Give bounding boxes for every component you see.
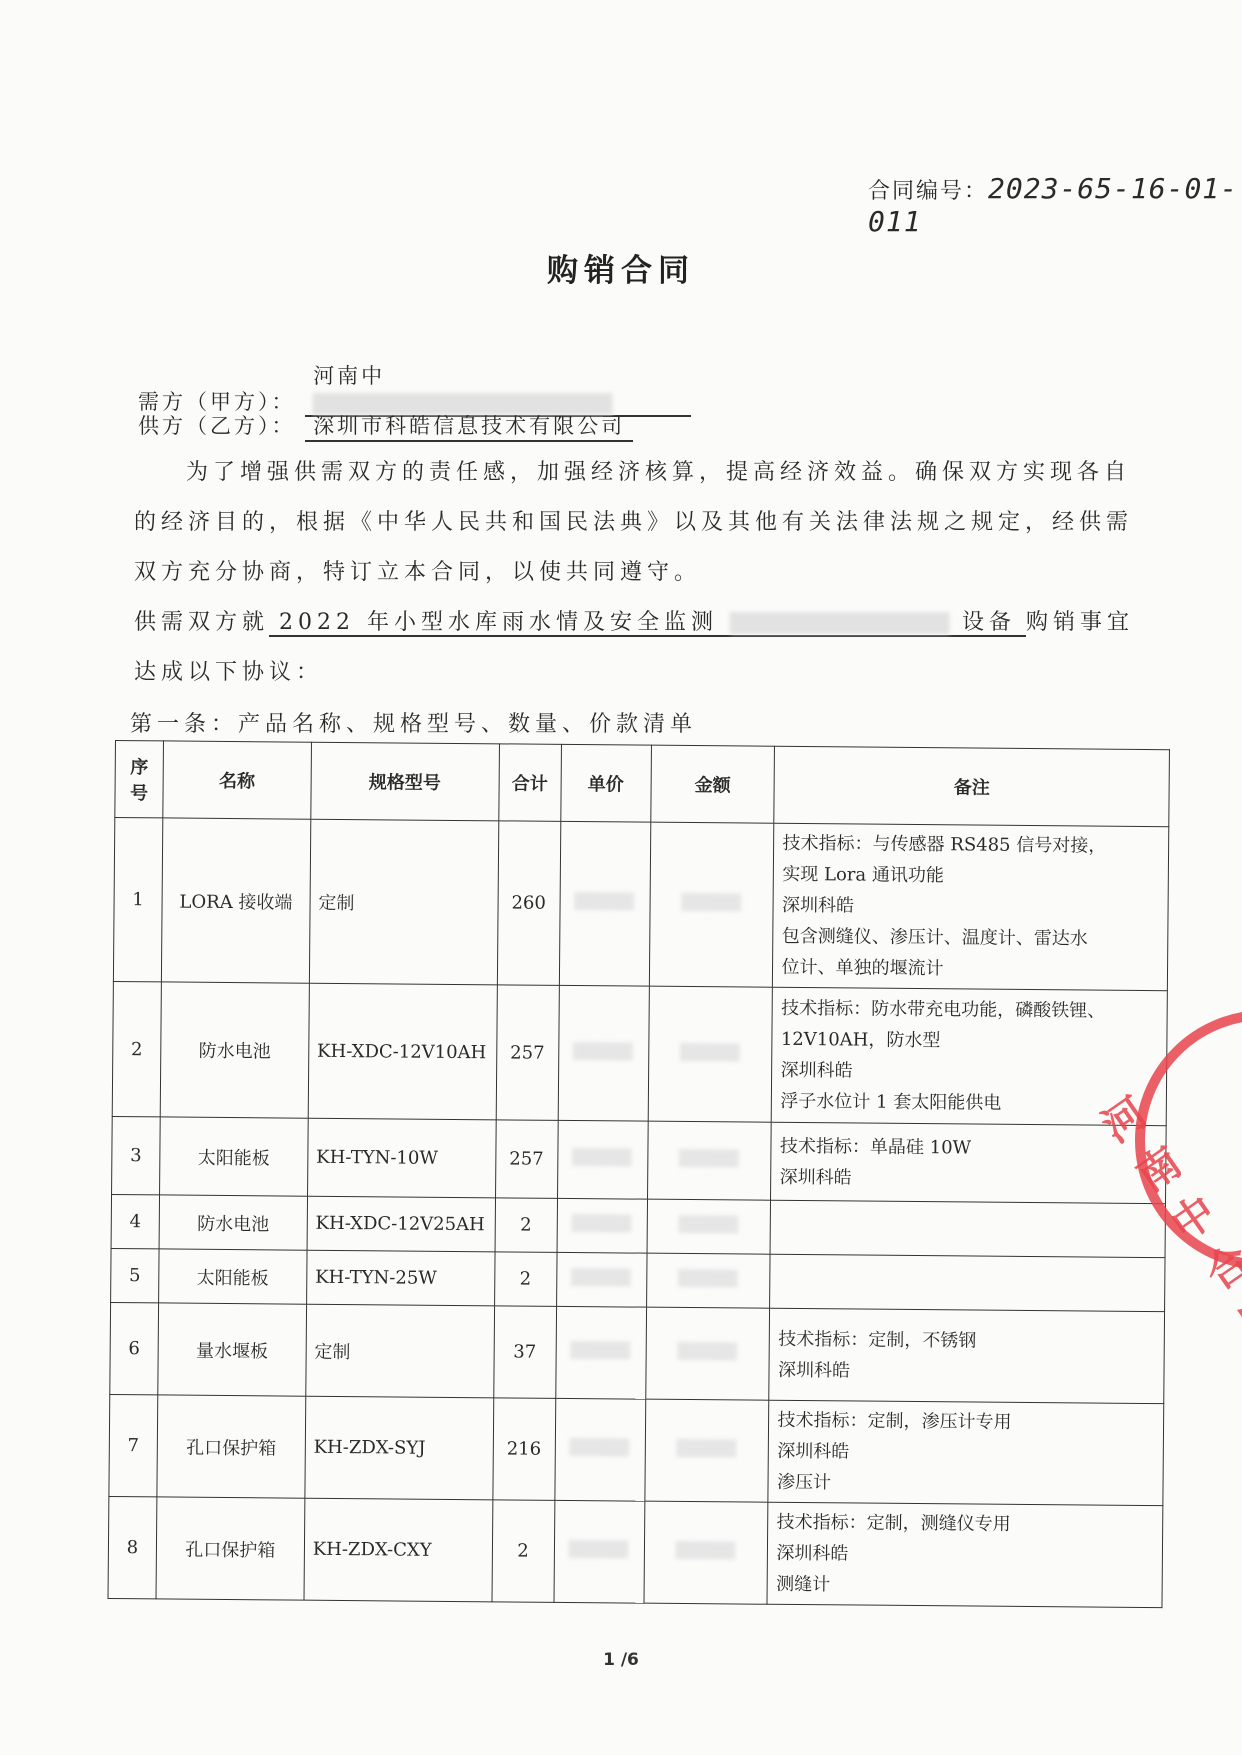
cell-qty: 2	[494, 1252, 556, 1307]
remark-line: 12V10AH，防水型	[781, 1024, 1159, 1058]
cell-remark: 技术指标：与传感器 RS485 信号对接， 实现 Lora 通讯功能 深圳科皓 …	[773, 823, 1169, 990]
cell-name: 太阳能板	[160, 1117, 309, 1196]
cell-name: 防水电池	[160, 982, 309, 1118]
cell-qty: 257	[496, 985, 559, 1121]
remark-line: 实现 Lora 通讯功能	[782, 859, 1160, 893]
table-row: 1 LORA 接收端 定制 260 技术指标：与传感器 RS485 信号对接， …	[113, 818, 1168, 991]
cell-name: 量水堰板	[158, 1303, 307, 1396]
remark-line: 深圳科皓	[782, 890, 1160, 924]
cell-spec: KH-TYN-10W	[307, 1118, 496, 1198]
contract-number-label: 合同编号：	[868, 179, 988, 204]
cell-spec: KH-XDC-12V25AH	[307, 1196, 495, 1252]
table-row: 4 防水电池 KH-XDC-12V25AH 2	[111, 1194, 1165, 1257]
table-row: 2 防水电池 KH-XDC-12V10AH 257 技术指标：防水带充电功能，磷…	[112, 981, 1167, 1125]
cell-spec: KH-TYN-25W	[306, 1250, 494, 1306]
col-header-unit-price: 单价	[560, 744, 651, 822]
col-header-no: 序号	[115, 741, 164, 818]
col-header-remark: 备注	[774, 746, 1169, 826]
remark-line: 技术指标：定制，测缝仪专用	[777, 1507, 1155, 1541]
cell-unit-price-redacted	[554, 1398, 645, 1501]
cell-amount-redacted	[647, 1199, 771, 1254]
remark-line: 技术指标：与传感器 RS485 信号对接，	[782, 828, 1160, 862]
cell-no: 7	[109, 1394, 158, 1496]
subject-suffix: 设备	[962, 610, 1016, 635]
page-title: 购销合同	[0, 245, 1242, 290]
remark-line: 测缝计	[776, 1569, 1154, 1603]
cell-unit-price-redacted	[558, 985, 649, 1121]
col-header-qty: 合计	[498, 744, 561, 822]
cell-no: 5	[111, 1248, 159, 1302]
cell-qty: 257	[495, 1120, 558, 1199]
remark-line: 包含测缝仪、渗压计、温度计、雷达水	[782, 921, 1160, 955]
buyer-line: 需方（甲方）： 河南中	[138, 360, 691, 417]
buyer-value: 河南中	[313, 364, 385, 388]
cell-no: 8	[108, 1496, 157, 1598]
cell-qty: 2	[495, 1198, 557, 1253]
col-header-spec: 规格型号	[311, 742, 499, 821]
redacted-block	[730, 612, 950, 634]
remark-line: 深圳科皓	[780, 1161, 1158, 1195]
cell-unit-price-redacted	[554, 1500, 645, 1603]
table-row: 5 太阳能板 KH-TYN-25W 2	[111, 1248, 1165, 1311]
cell-qty: 37	[493, 1306, 556, 1399]
remark-line: 位计、单独的堰流计	[781, 952, 1159, 986]
cell-spec: 定制	[309, 819, 498, 985]
subject-paragraph: 供需双方就2022 年小型水库雨水情及安全监测 设备购销事宜达成以下协议：	[134, 598, 1144, 698]
cell-no: 3	[112, 1116, 161, 1194]
cell-qty: 216	[493, 1398, 556, 1501]
contract-number: 合同编号：2023-65-16-01-011	[868, 172, 1242, 238]
cell-unit-price-redacted	[557, 1198, 647, 1253]
cell-name: 孔口保护箱	[156, 1497, 305, 1600]
cell-spec: KH-ZDX-SYJ	[305, 1396, 494, 1500]
cell-remark	[770, 1254, 1165, 1311]
remark-line: 深圳科皓	[776, 1538, 1154, 1572]
cell-spec: KH-XDC-12V10AH	[308, 983, 497, 1120]
table-row: 7 孔口保护箱 KH-ZDX-SYJ 216 技术指标：定制，渗压计专用 深圳科…	[109, 1394, 1164, 1505]
cell-qty: 260	[497, 821, 560, 986]
cell-remark: 技术指标：定制，不锈钢 深圳科皓	[769, 1308, 1164, 1403]
buyer-value-field: 河南中	[305, 360, 691, 417]
cell-no: 1	[113, 818, 162, 982]
subject-field: 2022 年小型水库雨水情及安全监测 设备	[269, 610, 1026, 637]
cell-name: 防水电池	[159, 1195, 307, 1250]
table-row: 3 太阳能板 KH-TYN-10W 257 技术指标：单晶硅 10W 深圳科皓	[112, 1116, 1167, 1203]
cell-unit-price-redacted	[557, 1120, 648, 1199]
subject-prefix: 供需双方就	[134, 610, 269, 635]
cell-amount-redacted	[644, 1399, 769, 1502]
cell-amount-redacted	[648, 986, 773, 1122]
cell-unit-price-redacted	[555, 1306, 646, 1399]
cell-spec: 定制	[306, 1304, 495, 1398]
cell-amount-redacted	[647, 1121, 772, 1200]
cell-name: 孔口保护箱	[157, 1395, 306, 1498]
remark-line: 技术指标：单晶硅 10W	[780, 1130, 1158, 1164]
product-table: 序号 名称 规格型号 合计 单价 金额 备注 1 LORA 接收端 定制 260…	[108, 740, 1170, 1608]
cell-remark	[771, 1200, 1166, 1257]
col-header-amount: 金额	[650, 745, 775, 823]
cell-spec: KH-ZDX-CXY	[304, 1498, 493, 1602]
cell-amount-redacted	[646, 1253, 770, 1308]
cell-name: 太阳能板	[159, 1249, 307, 1304]
remark-line: 深圳科皓	[780, 1055, 1158, 1089]
cell-unit-price-redacted	[559, 821, 650, 986]
cell-no: 2	[112, 981, 161, 1116]
cell-amount-redacted	[644, 1501, 769, 1604]
cell-amount-redacted	[645, 1307, 770, 1400]
supplier-line: 供方（乙方）： 深圳市科皓信息技术有限公司	[138, 410, 633, 442]
remark-line: 技术指标：防水带充电功能，磷酸铁锂、	[781, 993, 1159, 1027]
remark-line: 深圳科皓	[778, 1354, 1156, 1388]
intro-paragraph: 为了增强供需双方的责任感，加强经济核算，提高经济效益。确保双方实现各自的经济目的…	[134, 448, 1144, 598]
page-number: 1 /6	[0, 1650, 1242, 1670]
remark-line: 深圳科皓	[777, 1436, 1155, 1470]
subject-value: 2022 年小型水库雨水情及安全监测	[279, 610, 718, 635]
supplier-label: 供方（乙方）：	[138, 414, 296, 438]
cell-remark: 技术指标：定制，测缝仪专用 深圳科皓 测缝计	[767, 1502, 1162, 1607]
cell-qty: 2	[492, 1500, 555, 1603]
remark-line: 技术指标：定制，渗压计专用	[777, 1405, 1155, 1439]
cell-remark: 技术指标：定制，渗压计专用 深圳科皓 渗压计	[768, 1400, 1163, 1505]
cell-no: 4	[111, 1194, 159, 1248]
supplier-value: 深圳市科皓信息技术有限公司	[305, 410, 633, 442]
cell-amount-redacted	[649, 822, 774, 987]
table-header-row: 序号 名称 规格型号 合计 单价 金额 备注	[115, 741, 1170, 827]
remark-line: 渗压计	[777, 1467, 1155, 1501]
table-row: 8 孔口保护箱 KH-ZDX-CXY 2 技术指标：定制，测缝仪专用 深圳科皓 …	[108, 1496, 1163, 1607]
remark-line: 技术指标：定制，不锈钢	[778, 1323, 1156, 1357]
table-row: 6 量水堰板 定制 37 技术指标：定制，不锈钢 深圳科皓	[110, 1302, 1165, 1403]
cell-no: 6	[110, 1302, 159, 1394]
cell-unit-price-redacted	[556, 1252, 646, 1307]
cell-remark: 技术指标：单晶硅 10W 深圳科皓	[771, 1122, 1166, 1203]
col-header-name: 名称	[163, 741, 312, 819]
cell-name: LORA 接收端	[161, 818, 310, 983]
